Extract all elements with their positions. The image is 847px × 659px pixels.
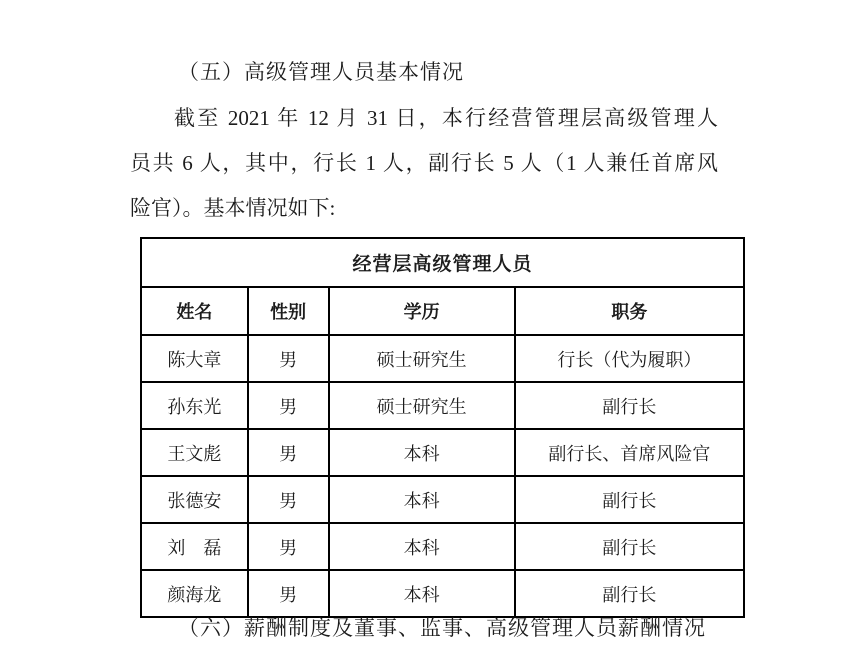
cell-name: 陈大章 xyxy=(141,335,248,382)
section-heading-5: （五）高级管理人员基本情况 xyxy=(178,58,464,86)
cell-gender: 男 xyxy=(248,570,329,617)
cell-position: 行长（代为履职） xyxy=(515,335,744,382)
cell-name: 颜海龙 xyxy=(141,570,248,617)
cell-gender: 男 xyxy=(248,382,329,429)
section-heading-6: （六）薪酬制度及董事、监事、高级管理人员薪酬情况 xyxy=(178,614,706,642)
column-header-name: 姓名 xyxy=(141,287,248,335)
table-header-row: 姓名 性别 学历 职务 xyxy=(141,287,744,335)
cell-education: 硕士研究生 xyxy=(329,382,515,429)
column-header-education: 学历 xyxy=(329,287,515,335)
paragraph-line-3: 险官）。基本情况如下: xyxy=(130,186,718,231)
cell-gender: 男 xyxy=(248,429,329,476)
cell-position: 副行长 xyxy=(515,570,744,617)
cell-name: 刘 磊 xyxy=(141,523,248,570)
cell-position: 副行长 xyxy=(515,523,744,570)
column-header-gender: 性别 xyxy=(248,287,329,335)
cell-position: 副行长、首席风险官 xyxy=(515,429,744,476)
cell-gender: 男 xyxy=(248,476,329,523)
cell-position: 副行长 xyxy=(515,382,744,429)
table-row: 孙东光 男 硕士研究生 副行长 xyxy=(141,382,744,429)
table-row: 颜海龙 男 本科 副行长 xyxy=(141,570,744,617)
cell-name: 王文彪 xyxy=(141,429,248,476)
cell-gender: 男 xyxy=(248,523,329,570)
management-table: 经营层高级管理人员 姓名 性别 学历 职务 陈大章 男 硕士研究生 行长（代为履… xyxy=(140,237,745,618)
cell-education: 本科 xyxy=(329,570,515,617)
cell-education: 本科 xyxy=(329,523,515,570)
document-page: （五）高级管理人员基本情况 截至 2021 年 12 月 31 日，本行经营管理… xyxy=(0,0,847,659)
table-title: 经营层高级管理人员 xyxy=(141,238,744,287)
table-row: 王文彪 男 本科 副行长、首席风险官 xyxy=(141,429,744,476)
paragraph-line-1: 截至 2021 年 12 月 31 日，本行经营管理层高级管理人 xyxy=(130,96,718,141)
intro-paragraph: 截至 2021 年 12 月 31 日，本行经营管理层高级管理人 员共 6 人，… xyxy=(130,96,718,231)
table-title-row: 经营层高级管理人员 xyxy=(141,238,744,287)
cell-education: 硕士研究生 xyxy=(329,335,515,382)
column-header-position: 职务 xyxy=(515,287,744,335)
cell-name: 张德安 xyxy=(141,476,248,523)
cell-education: 本科 xyxy=(329,429,515,476)
table-row: 陈大章 男 硕士研究生 行长（代为履职） xyxy=(141,335,744,382)
cell-education: 本科 xyxy=(329,476,515,523)
table-row: 张德安 男 本科 副行长 xyxy=(141,476,744,523)
paragraph-line-2: 员共 6 人，其中，行长 1 人，副行长 5 人（1 人兼任首席风 xyxy=(130,141,718,186)
cell-gender: 男 xyxy=(248,335,329,382)
cell-position: 副行长 xyxy=(515,476,744,523)
cell-name: 孙东光 xyxy=(141,382,248,429)
table-row: 刘 磊 男 本科 副行长 xyxy=(141,523,744,570)
